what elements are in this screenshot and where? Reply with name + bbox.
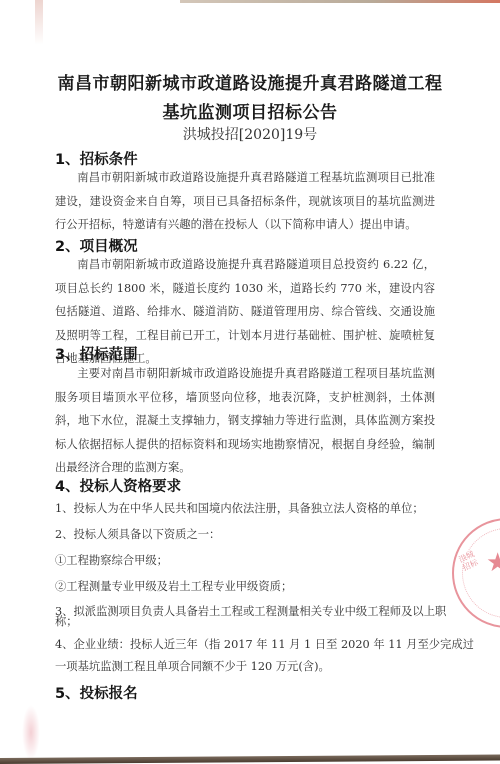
qualification-subitem-2: ②工程测量专业甲级及岩土工程专业甲级资质；: [55, 578, 445, 594]
document-page: 南昌市朝阳新城市政道路设施提升真君路隧道工程 基坑监测项目招标公告 洪城投招[2…: [55, 0, 445, 764]
scan-artifact-top-left: [35, 0, 43, 45]
qualification-item-3-continued: 称；: [55, 613, 445, 629]
section-paragraph-bidding-scope: 主要对南昌市朝阳新城市政道路设施提升真君路隧道工程项目基坑监测服务项目墙顶水平位…: [55, 362, 435, 480]
document-number: 洪城投招[2020]19号: [0, 124, 500, 144]
scan-artifact-bottom-left: [22, 705, 40, 760]
section-heading-bidding-scope: 3、招标范围: [55, 343, 138, 364]
document-title-line2: 基坑监测项目招标公告: [0, 98, 500, 123]
section-heading-bid-registration: 5、投标报名: [55, 682, 138, 703]
qualification-item-1: 1、投标人为在中华人民共和国境内依法注册，具备独立法人资格的单位；: [55, 500, 445, 516]
document-title-line1: 南昌市朝阳新城市政道路设施提升真君路隧道工程: [0, 69, 500, 94]
paragraph-text: 南昌市朝阳新城市政道路设施提升真君路隧道工程基坑监测项目已批准建设，建设资金来自…: [55, 171, 435, 231]
qualification-item-4-continued: 一项基坑监测工程且单项合同额不少于 120 万元(含)。: [55, 658, 445, 674]
paragraph-text: 主要对南昌市朝阳新城市政道路设施提升真君路隧道工程项目基坑监测服务项目墙顶水平位…: [55, 367, 435, 474]
qualification-item-2: 2、投标人须具备以下资质之一：: [55, 526, 445, 542]
section-paragraph-bidding-conditions: 南昌市朝阳新城市政道路设施提升真君路隧道工程基坑监测项目已批准建设，建设资金来自…: [55, 166, 435, 237]
qualification-subitem-1: ①工程勘察综合甲级；: [55, 552, 445, 568]
qualification-item-4: 4、企业业绩：投标人近三年（指 2017 年 11 月 1 日至 2020 年 …: [55, 636, 445, 652]
red-seal-star-icon: ★: [486, 548, 500, 578]
section-heading-bidder-qualifications: 4、投标人资格要求: [55, 475, 181, 496]
official-seal: ★ 洪城 招标: [452, 518, 500, 628]
